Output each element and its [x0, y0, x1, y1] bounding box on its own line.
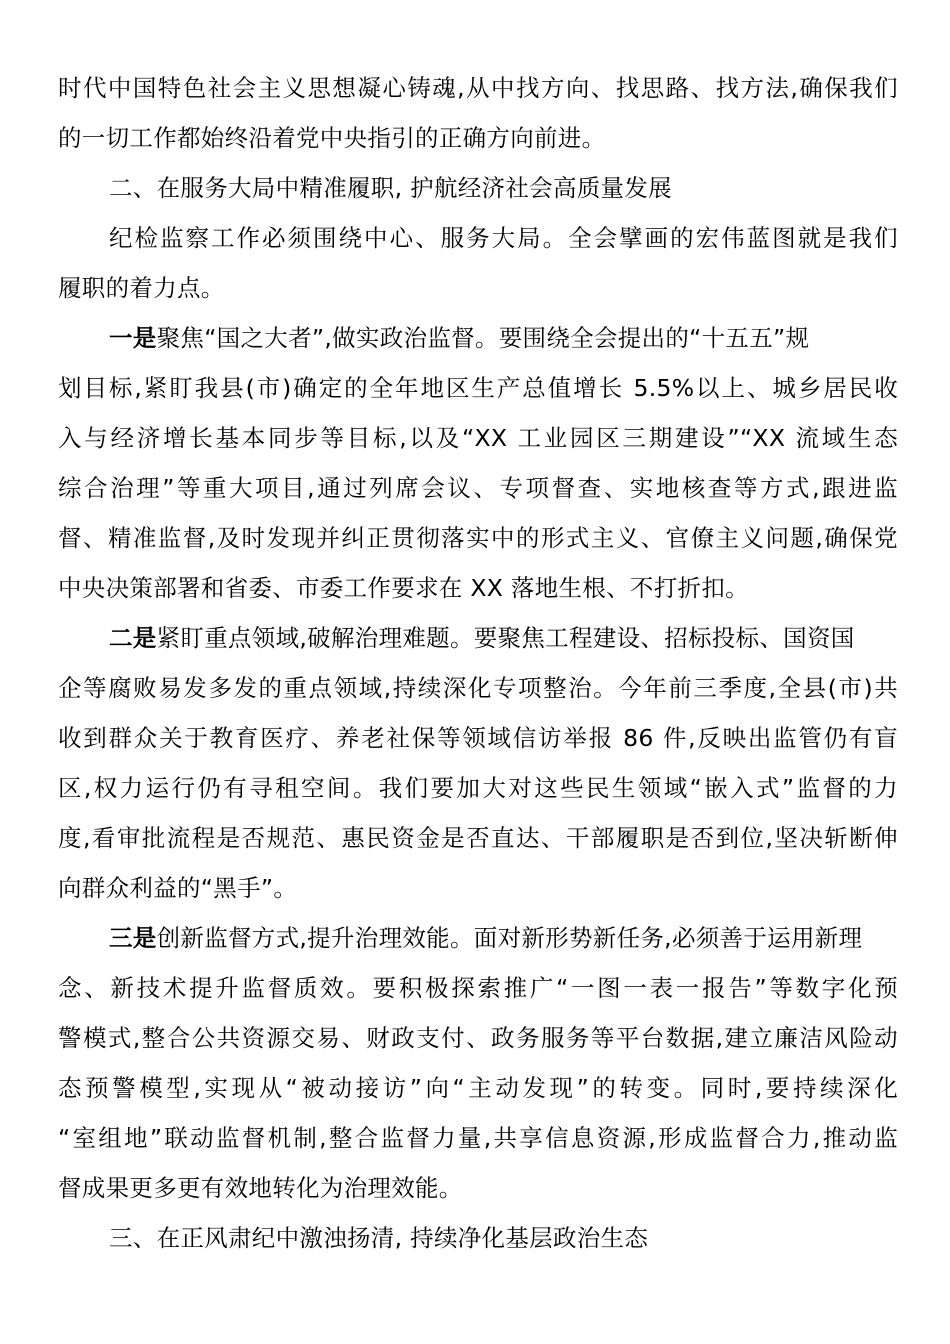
lead-label: 三是	[109, 924, 157, 952]
text-line: 企等腐败易发多发的重点领域,持续深化专项整治。今年前三季度,全县(市)共	[58, 663, 898, 713]
text-line-content: 创新监督方式,提升治理效能。面对新形势新任务,必须善于运用新理	[157, 924, 863, 952]
text-line: 纪检监察工作必须围绕中心、服务大局。全会擘画的宏伟蓝图就是我们	[58, 213, 898, 263]
document-page: 时代中国特色社会主义思想凝心铸魂,从中找方向、找思路、找方法,确保我们 的一切工…	[58, 63, 898, 1263]
text-line: 督成果更多更有效地转化为治理效能。	[58, 1163, 898, 1213]
lead-label: 二是	[109, 624, 157, 652]
text-line: “室组地”联动监督机制,整合监督力量,共享信息资源,形成监督合力,推动监	[58, 1113, 898, 1163]
text-line: 警模式,整合公共资源交易、财政支付、政务服务等平台数据,建立廉洁风险动	[58, 1013, 898, 1063]
section-heading: 三、在正风肃纪中激浊扬清, 持续净化基层政治生态	[58, 1213, 898, 1263]
text-line: 二是紧盯重点领域,破解治理难题。要聚焦工程建设、招标投标、国资国	[58, 613, 898, 663]
text-line-content: 紧盯重点领域,破解治理难题。要聚焦工程建设、招标投标、国资国	[157, 624, 855, 652]
section-heading: 二、在服务大局中精准履职, 护航经济社会高质量发展	[58, 163, 898, 213]
text-line: 的一切工作都始终沿着党中央指引的正确方向前进。	[58, 113, 898, 163]
text-line: 度,看审批流程是否规范、惠民资金是否直达、干部履职是否到位,坚决斩断伸	[58, 813, 898, 863]
text-line: 履职的着力点。	[58, 263, 898, 313]
text-line: 综合治理”等重大项目,通过列席会议、专项督查、实地核查等方式,跟进监	[58, 463, 898, 513]
text-line: 一是聚焦“国之大者”,做实政治监督。要围绕全会提出的“十五五”规	[58, 313, 898, 363]
text-line: 三是创新监督方式,提升治理效能。面对新形势新任务,必须善于运用新理	[58, 913, 898, 963]
text-line: 划目标,紧盯我县(市)确定的全年地区生产总值增长 5.5%以上、城乡居民收	[58, 363, 898, 413]
text-line-content: 聚焦“国之大者”,做实政治监督。要围绕全会提出的“十五五”规	[157, 324, 810, 352]
text-line: 中央决策部署和省委、市委工作要求在 XX 落地生根、不打折扣。	[58, 563, 898, 613]
text-line: 时代中国特色社会主义思想凝心铸魂,从中找方向、找思路、找方法,确保我们	[58, 63, 898, 113]
lead-label: 一是	[109, 324, 157, 352]
text-line: 入与经济增长基本同步等目标,以及“XX 工业园区三期建设”“XX 流域生态	[58, 413, 898, 463]
text-line: 向群众利益的“黑手”。	[58, 863, 898, 913]
text-line: 督、精准监督,及时发现并纠正贯彻落实中的形式主义、官僚主义问题,确保党	[58, 513, 898, 563]
text-line: 念、新技术提升监督质效。要积极探索推广“一图一表一报告”等数字化预	[58, 963, 898, 1013]
text-line: 态预警模型,实现从“被动接访”向“主动发现”的转变。同时,要持续深化	[58, 1063, 898, 1113]
text-line: 区,权力运行仍有寻租空间。我们要加大对这些民生领域“嵌入式”监督的力	[58, 763, 898, 813]
text-line: 收到群众关于教育医疗、养老社保等领域信访举报 86 件,反映出监管仍有盲	[58, 713, 898, 763]
